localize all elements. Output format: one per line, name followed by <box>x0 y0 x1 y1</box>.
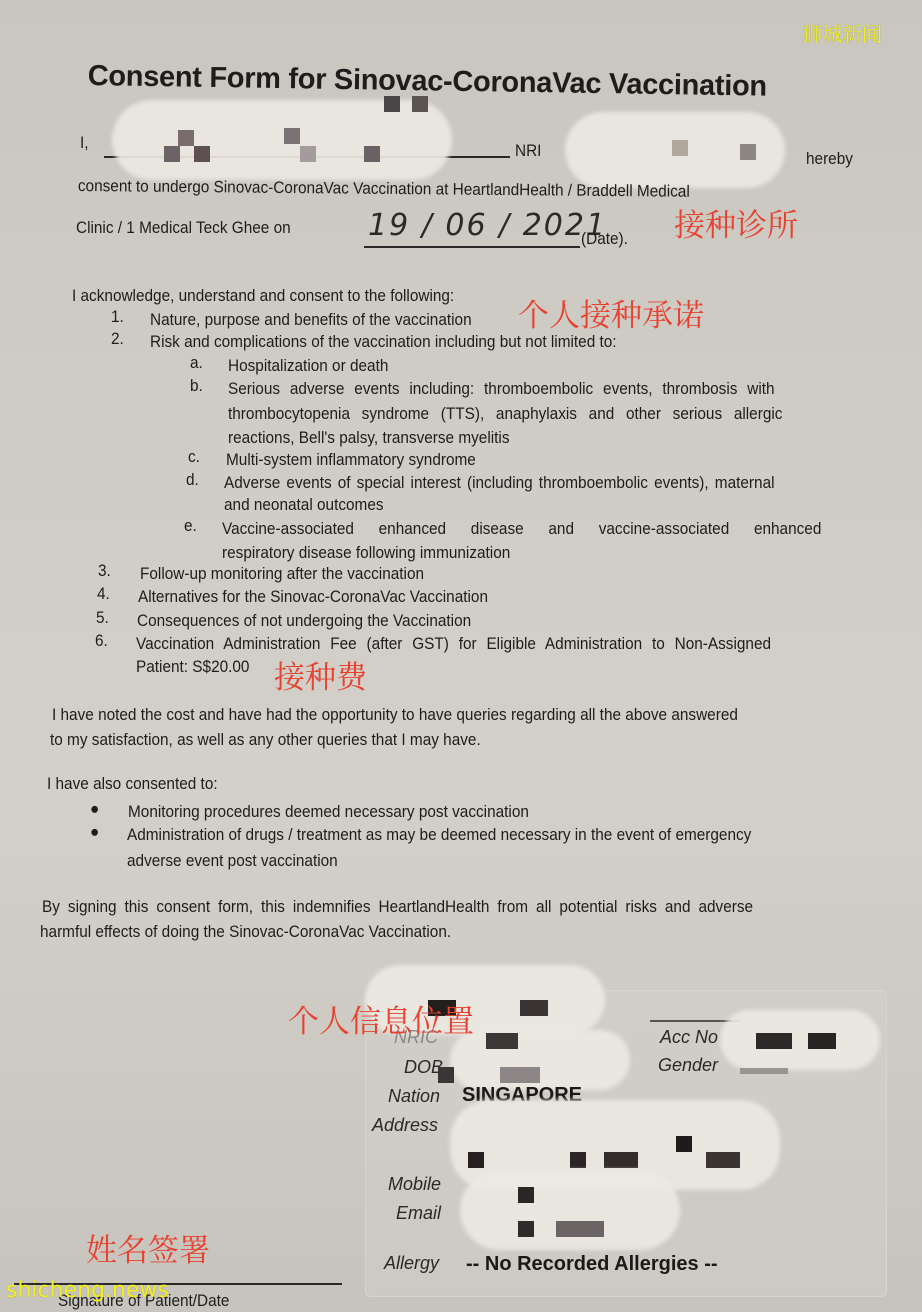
redacted-name <box>112 100 452 180</box>
acknowledge-heading: I acknowledge, understand and consent to… <box>72 287 454 306</box>
item-2-text: Risk and complications of the vaccinatio… <box>150 333 617 352</box>
noted-para-line-2: to my satisfaction, as well as any other… <box>50 731 481 750</box>
redaction-pixel <box>676 1136 692 1152</box>
redaction-pixel <box>468 1152 484 1168</box>
item-6-line-2: Patient: S$20.00 <box>136 658 249 677</box>
item-1-text: Nature, purpose and benefits of the vacc… <box>150 311 472 330</box>
item-6-line-1: Vaccination Administration Fee (after GS… <box>136 635 771 654</box>
redaction-pixel <box>412 96 428 112</box>
redaction-pixel <box>518 1221 534 1237</box>
nri-label: NRI <box>515 142 541 161</box>
redaction-pixel <box>384 96 400 112</box>
annotation-commitment: 个人接种承诺 <box>518 290 704 335</box>
redaction-pixel <box>364 146 380 162</box>
item-6-num: 6. <box>95 632 108 651</box>
subitem-d-letter: d. <box>186 471 199 490</box>
redaction-pixel <box>756 1033 792 1049</box>
redaction-pixel <box>178 130 194 146</box>
watermark-top: 狮城新闻 <box>802 18 882 47</box>
redaction-pixel <box>604 1152 638 1168</box>
handwritten-date: 19 / 06 / 2021 <box>368 208 607 243</box>
subitem-c-letter: c. <box>188 448 200 467</box>
redaction-pixel <box>520 1000 548 1016</box>
bullet-2-line-1: Administration of drugs / treatment as m… <box>127 826 751 845</box>
subitem-e-line-1: Vaccine-associated enhanced disease and … <box>222 520 821 539</box>
subitem-e-line-2: respiratory disease following immunizati… <box>222 544 510 563</box>
redacted-mobile-email <box>460 1170 680 1250</box>
redaction-pixel <box>740 144 756 160</box>
subitem-c-text: Multi-system inflammatory syndrome <box>226 451 476 470</box>
annotation-personal-info: 个人信息位置 <box>288 996 474 1041</box>
item-4-text: Alternatives for the Sinovac-CoronaVac V… <box>138 588 488 607</box>
hereby-text: hereby <box>806 150 853 169</box>
indemnify-line-1: By signing this consent form, this indem… <box>42 898 753 917</box>
consent-line-3: Clinic / 1 Medical Teck Ghee on <box>76 219 291 238</box>
allergy-value: -- No Recorded Allergies -- <box>466 1253 718 1276</box>
redaction-pixel <box>500 1067 540 1083</box>
allergy-label: Allergy <box>384 1253 439 1274</box>
email-label: Email <box>396 1203 441 1224</box>
subitem-d-line-1: Adverse events of special interest (incl… <box>224 474 775 493</box>
redaction-pixel <box>486 1033 518 1049</box>
bullet-icon: ● <box>90 823 99 842</box>
subitem-e-letter: e. <box>184 517 197 536</box>
mobile-label: Mobile <box>388 1174 441 1195</box>
date-underline <box>364 246 580 248</box>
redaction-pixel <box>556 1221 604 1237</box>
annotation-clinic: 接种诊所 <box>674 200 798 245</box>
subitem-b-line-1: Serious adverse events including: thromb… <box>228 380 775 399</box>
acc-no-label: Acc No <box>660 1027 718 1048</box>
item-1-num: 1. <box>111 308 124 327</box>
noted-para-line-1: I have noted the cost and have had the o… <box>52 706 738 725</box>
redaction-pixel <box>300 146 316 162</box>
nation-label: Nation <box>388 1086 440 1107</box>
redaction-pixel <box>518 1187 534 1203</box>
annotation-signature: 姓名签署 <box>86 1225 210 1270</box>
bullet-icon: ● <box>90 800 99 819</box>
redaction-pixel <box>194 146 210 162</box>
subitem-a-text: Hospitalization or death <box>228 357 388 376</box>
watermark-bottom: shicheng.news <box>6 1278 169 1303</box>
redacted-acc-no <box>720 1010 880 1070</box>
also-consented-heading: I have also consented to: <box>47 775 218 794</box>
redaction-pixel <box>672 140 688 156</box>
subitem-b-line-2: thrombocytopenia syndrome (TTS), anaphyl… <box>228 405 782 424</box>
indemnify-line-2: harmful effects of doing the Sinovac-Cor… <box>40 923 451 942</box>
consent-line-prefix: I, <box>80 134 89 153</box>
item-3-text: Follow-up monitoring after the vaccinati… <box>140 565 424 584</box>
annotation-fee: 接种费 <box>274 652 367 697</box>
date-label: (Date). <box>581 230 628 249</box>
item-5-text: Consequences of not undergoing the Vacci… <box>137 612 471 631</box>
redaction-pixel <box>706 1152 740 1168</box>
redaction-pixel <box>438 1067 454 1083</box>
redaction-pixel <box>164 146 180 162</box>
subitem-b-line-3: reactions, Bell's palsy, transverse myel… <box>228 429 510 448</box>
item-3-num: 3. <box>98 562 111 581</box>
redaction-pixel <box>740 1068 788 1074</box>
address-label: Address <box>372 1115 438 1136</box>
item-4-num: 4. <box>97 585 110 604</box>
gender-label: Gender <box>658 1055 718 1076</box>
subitem-b-letter: b. <box>190 377 203 396</box>
redaction-pixel <box>570 1152 586 1168</box>
redaction-pixel <box>284 128 300 144</box>
redacted-nric <box>450 1030 630 1090</box>
subitem-a-letter: a. <box>190 354 203 373</box>
bullet-1-text: Monitoring procedures deemed necessary p… <box>128 803 529 822</box>
item-2-num: 2. <box>111 330 124 349</box>
redaction-pixel <box>808 1033 836 1049</box>
bullet-2-line-2: adverse event post vaccination <box>127 852 338 871</box>
item-5-num: 5. <box>96 609 109 628</box>
subitem-d-line-2: and neonatal outcomes <box>224 496 384 515</box>
